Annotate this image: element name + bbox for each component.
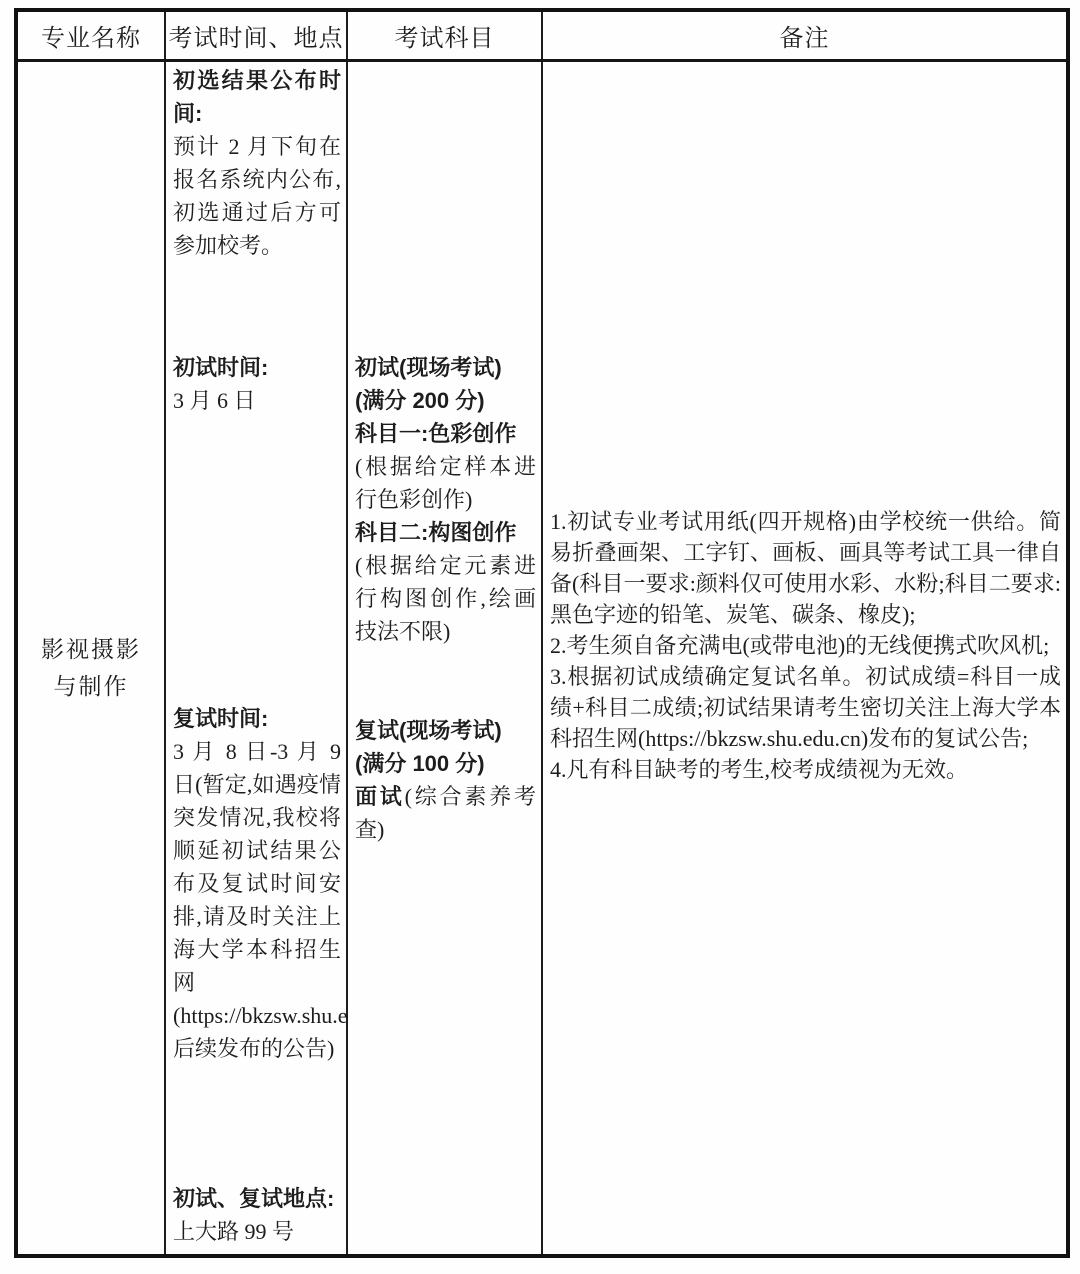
remark-item-2: 2.考生须自备充满电(或带电池)的无线便携式吹风机; <box>550 630 1061 661</box>
first-exam-time-text: 3 月 6 日 <box>173 384 341 417</box>
cell-exam-time-location: 初选结果公布时间: 预计 2 月下旬在报名系统内公布,初选通过后方可参加校考。 … <box>165 61 347 1257</box>
retest-total-score: (满分 100 分) <box>355 747 536 780</box>
interview-label: 面试 <box>355 784 405 809</box>
header-major-name: 专业名称 <box>16 10 165 61</box>
subject1-note: (根据给定样本进行色彩创作) <box>355 450 536 516</box>
remark-item-1: 1.初试专业考试用纸(四开规格)由学校统一供给。简易折叠画架、工字钉、画板、画具… <box>550 506 1061 630</box>
first-exam-time-title: 初试时间: <box>173 351 341 384</box>
preselection-result-block: 初选结果公布时间: 预计 2 月下旬在报名系统内公布,初选通过后方可参加校考。 <box>173 64 341 262</box>
first-exam-subjects-block: 初试(现场考试) (满分 200 分) 科目一:色彩创作 (根据给定样本进行色彩… <box>355 351 536 648</box>
exam-location-block: 初试、复试地点: 上大路 99 号 <box>173 1182 341 1248</box>
first-exam-total-score: (满分 200 分) <box>355 384 536 417</box>
remarks-block: 1.初试专业考试用纸(四开规格)由学校统一供给。简易折叠画架、工字钉、画板、画具… <box>550 506 1061 785</box>
first-exam-heading: 初试(现场考试) <box>355 351 536 384</box>
retest-time-title: 复试时间: <box>173 702 341 735</box>
header-remarks: 备注 <box>542 10 1068 61</box>
retest-heading: 复试(现场考试) <box>355 714 536 747</box>
retest-time-text: 3 月 8 日-3 月 9 日(暂定,如遇疫情突发情况,我校将顺延初试结果公布及… <box>173 735 341 1065</box>
cell-major-name: 影视摄影 与制作 <box>16 61 165 1257</box>
remark-item-4: 4.凡有科目缺考的考生,校考成绩视为无效。 <box>550 754 1061 785</box>
table-row: 影视摄影 与制作 初选结果公布时间: 预计 2 月下旬在报名系统内公布,初选通过… <box>16 61 1068 1257</box>
interview-line: 面试(综合素养考查) <box>355 780 536 846</box>
exam-schedule-table: 专业名称 考试时间、地点 考试科目 备注 影视摄影 与制作 初选结果公布时间: … <box>14 8 1070 1258</box>
cell-remarks: 1.初试专业考试用纸(四开规格)由学校统一供给。简易折叠画架、工字钉、画板、画具… <box>542 61 1068 1257</box>
remark-item-3: 3.根据初试成绩确定复试名单。初试成绩=科目一成绩+科目二成绩;初试结果请考生密… <box>550 661 1061 754</box>
cell-exam-subjects: 初试(现场考试) (满分 200 分) 科目一:色彩创作 (根据给定样本进行色彩… <box>347 61 542 1257</box>
major-name: 影视摄影 与制作 <box>18 631 164 705</box>
retest-subjects-block: 复试(现场考试) (满分 100 分) 面试(综合素养考查) <box>355 714 536 846</box>
subject2-title: 科目二:构图创作 <box>355 516 536 549</box>
header-exam-time-location: 考试时间、地点 <box>165 10 347 61</box>
header-row: 专业名称 考试时间、地点 考试科目 备注 <box>16 10 1068 61</box>
exam-location-text: 上大路 99 号 <box>173 1215 341 1248</box>
retest-time-block: 复试时间: 3 月 8 日-3 月 9 日(暂定,如遇疫情突发情况,我校将顺延初… <box>173 702 341 1065</box>
major-name-line2: 与制作 <box>18 668 164 705</box>
major-name-line1: 影视摄影 <box>18 631 164 668</box>
preselection-result-title: 初选结果公布时间: <box>173 64 341 130</box>
exam-location-title: 初试、复试地点: <box>173 1182 341 1215</box>
header-exam-subjects: 考试科目 <box>347 10 542 61</box>
preselection-result-text: 预计 2 月下旬在报名系统内公布,初选通过后方可参加校考。 <box>173 130 341 262</box>
scanned-exam-schedule-page: 专业名称 考试时间、地点 考试科目 备注 影视摄影 与制作 初选结果公布时间: … <box>0 0 1080 1274</box>
subject2-note: (根据给定元素进行构图创作,绘画技法不限) <box>355 549 536 648</box>
first-exam-time-block: 初试时间: 3 月 6 日 <box>173 351 341 417</box>
subject1-title: 科目一:色彩创作 <box>355 417 536 450</box>
